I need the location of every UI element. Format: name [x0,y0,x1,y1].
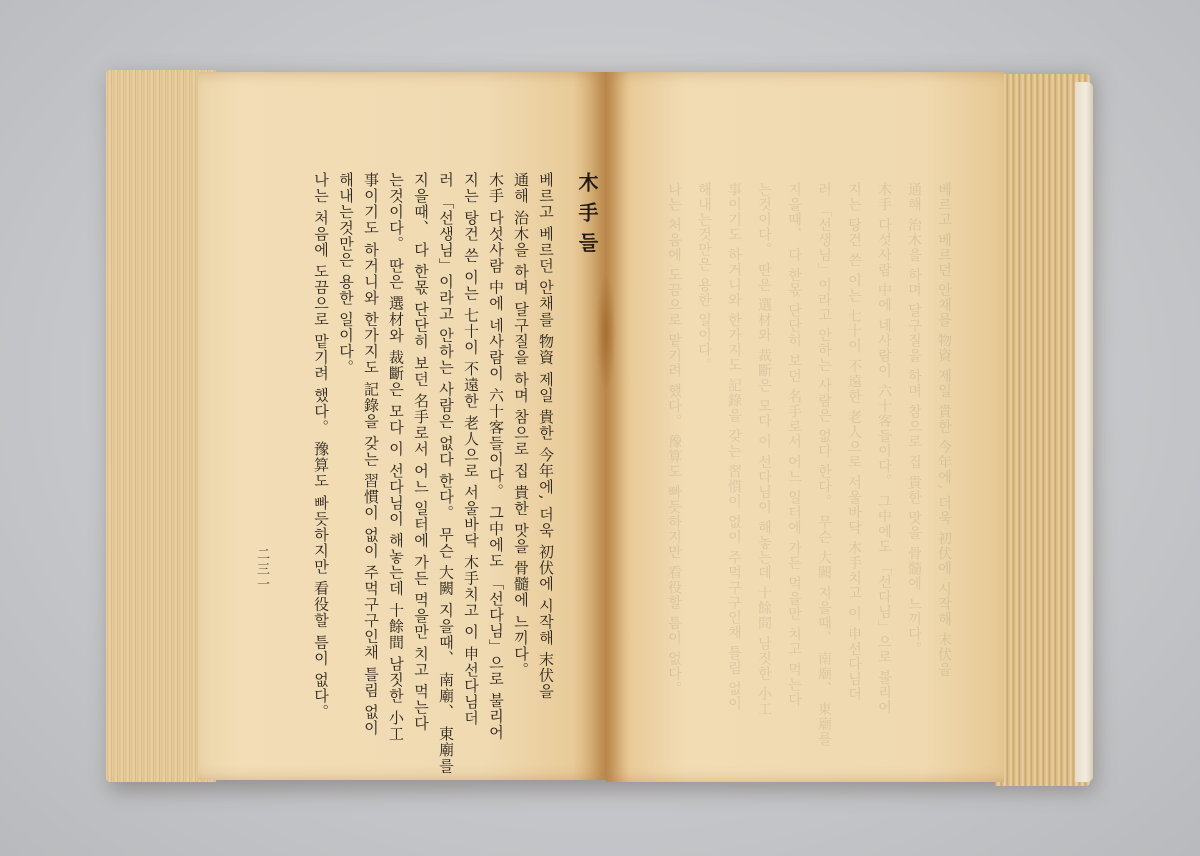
chapter-title: 木手들 [558,172,602,772]
text-column: 지는 탕건 쓴 이는 七十이 不遠한 老人으로 서울바닥 木手치고 이 申선다님… [458,172,483,772]
text-column: 러 「선생님」이라고 안하는 사람은 없다 한다。 무슨 大闕 지을때、 南廟、… [433,172,458,772]
text-column: 베르고 베르던 안채를 物資 제일 貴한 今年에, 더욱 初伏에 시작해 末伏을 [533,172,558,772]
text-column: 지을때、 다 한몫 단단히 보던 名手로서 어느 일터에 가든 먹을만 치고 먹… [408,172,433,772]
bleed-column: 지을때、 다 한몫 단단히 보던 名手로서 어느 일터에 가든 먹을만 치고 먹… [780,182,806,782]
text-column: 事이기도 하거니와 한가지도 記錄을 갖는 習慣이 없이 주먹구구인채 틀림 없… [358,172,383,772]
bleed-column: 나는 처음에 도끔으로 맡기려 했다。 豫算도 빠듯하지만 看役할 틈이 없다。 [660,182,686,782]
text-column: 나는 처음에 도끔으로 맡기려 했다。 豫算도 빠듯하지만 看役할 틈이 없다。 [308,172,333,772]
bleed-column: 지는 탕건 쓴 이는 七十이 不遠한 老人으로 서울바닥 木手치고 이 申선다님… [840,182,866,782]
bleed-column: 事이기도 하거니와 한가지도 記錄을 갖는 習慣이 없이 주먹구구인채 틀림 없… [720,182,746,782]
right-cover-edge [1075,82,1093,782]
bleed-column: 러 「선생님」이라고 안하는 사람은 없다 한다。 무슨 大闕 지을때、 南廟、… [810,182,836,782]
bleed-column: 木手 다섯사람 中에 네사람이 六十客들이다。 그中에도 「선다님」으로 불리어 [870,182,896,782]
bleed-column: 베르고 베르던 안채를 物資 제일 貴한 今年에, 더욱 初伏에 시작해 末伏을 [930,182,956,782]
page-number: 二三一 [252,547,271,592]
bleed-column: 通해 治木을 하며 달구질을 하며 참으로 집 貴한 맛을 骨髓에 느끼다。 [900,182,926,782]
bleed-column: 해내는것만은 용한 일이다。 [690,182,716,782]
right-page-show-through: 나는 처음에 도끔으로 맡기려 했다。 豫算도 빠듯하지만 看役할 틈이 없다。… [660,182,990,742]
text-column: 通해 治木을 하며 달구질을 하며 참으로 집 貴한 맛을 骨髓에 느끼다。 [508,172,533,772]
bleed-column: 는것이다。 딴은 選材와 裁斷은 모다 이 선다님이 해놓는데 十餘間 남짓한 … [750,182,776,782]
text-column: 木手 다섯사람 中에 네사람이 六十客들이다。 그中에도 「선다님」으로 불리어 [483,172,508,772]
text-column: 해내는것만은 용한 일이다。 [333,172,358,772]
text-column: 는것이다。 딴은 選材와 裁斷은 모다 이 선다님이 해놓는데 十餘間 남짓한 … [383,172,408,772]
left-page-text: 木手들 베르고 베르던 안채를 物資 제일 貴한 今年에, 더욱 初伏에 시작해… [250,172,602,772]
open-book: 木手들 베르고 베르던 안채를 物資 제일 貴한 今年에, 더욱 初伏에 시작해… [100,62,1095,787]
